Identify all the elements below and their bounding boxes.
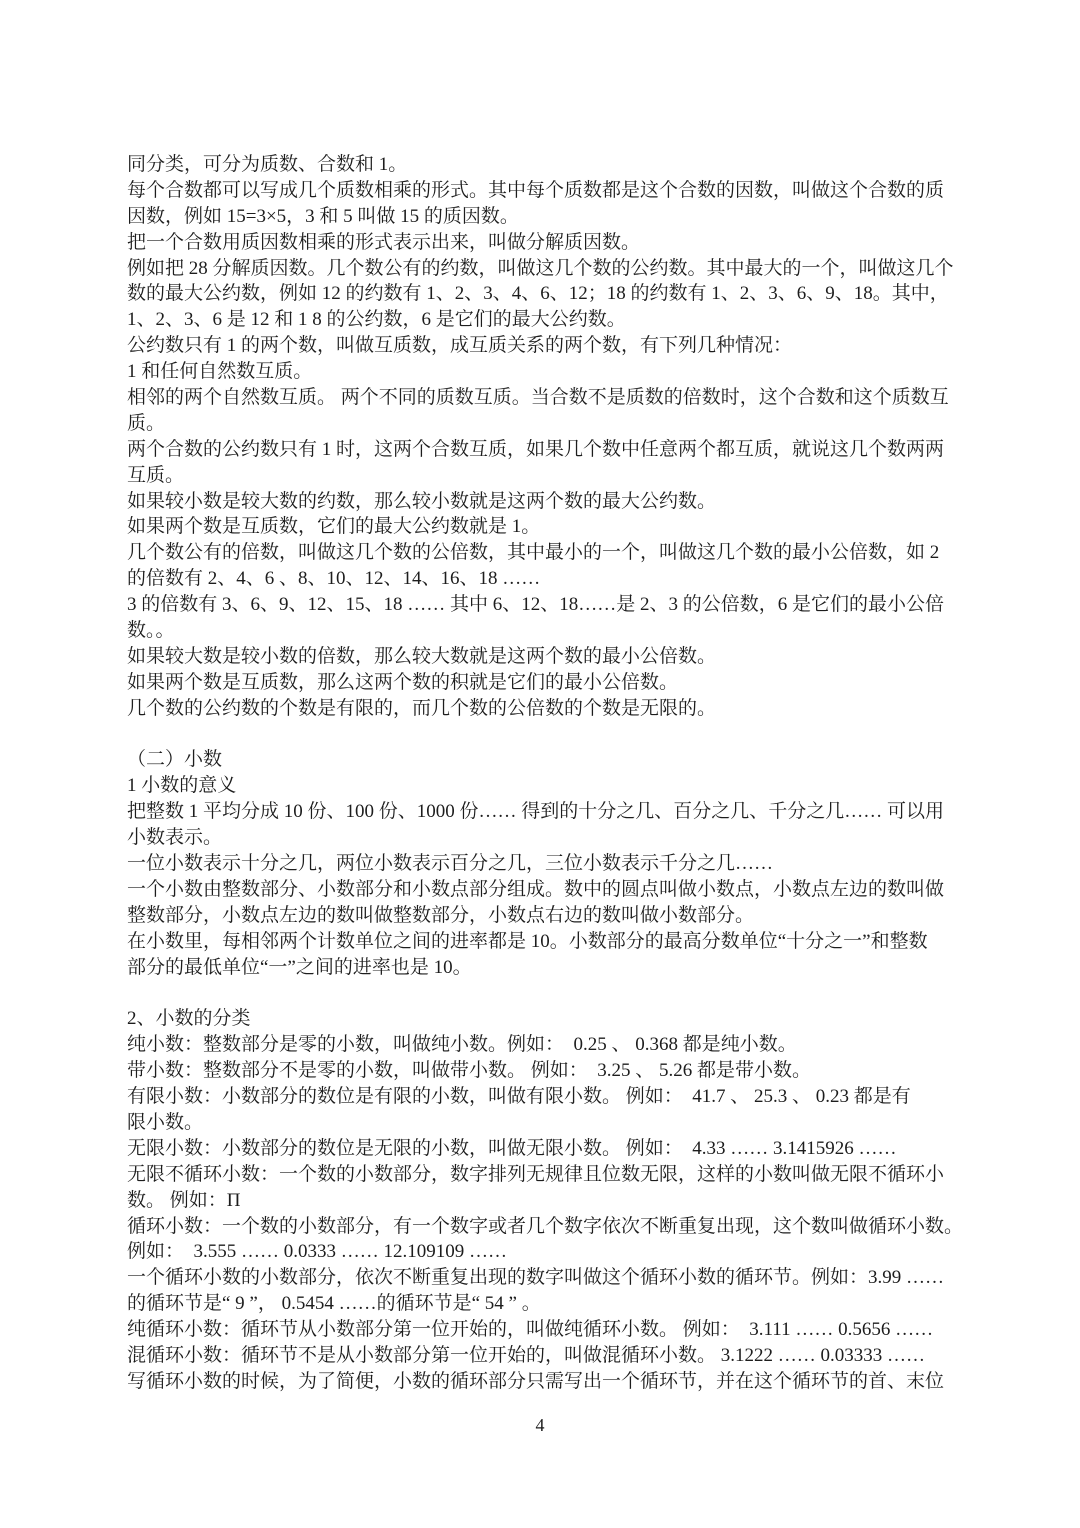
text-line: 例如： 3.555 …… 0.0333 …… 12.109109 …… xyxy=(127,1239,959,1265)
text-line: 有限小数：小数部分的数位是有限的小数，叫做有限小数。 例如： 41.7 、 25… xyxy=(127,1084,959,1110)
text-line: 整数部分，小数点左边的数叫做整数部分，小数点右边的数叫做小数部分。 xyxy=(127,903,959,929)
text-line: 数。 例如：Π xyxy=(127,1188,959,1214)
text-line: 相邻的两个自然数互质。 两个不同的质数互质。当合数不是质数的倍数时，这个合数和这… xyxy=(127,385,959,411)
text-line: 例如把 28 分解质因数。几个数公有的约数，叫做这几个数的公约数。其中最大的一个… xyxy=(127,256,959,282)
text-line: 1、2、3、6 是 12 和 1 8 的公约数，6 是它们的最大公约数。 xyxy=(127,307,959,333)
text-line: 因数，例如 15=3×5，3 和 5 叫做 15 的质因数。 xyxy=(127,204,959,230)
text-line: 一个循环小数的小数部分，依次不断重复出现的数字叫做这个循环小数的循环节。例如：3… xyxy=(127,1265,959,1291)
text-line: 同分类，可分为质数、合数和 1。 xyxy=(127,152,959,178)
text-line: 公约数只有 1 的两个数，叫做互质数，成互质关系的两个数，有下列几种情况： xyxy=(127,333,959,359)
text-block: 同分类，可分为质数、合数和 1。每个合数都可以写成几个质数相乘的形式。其中每个质… xyxy=(127,152,959,1395)
text-line: 混循环小数：循环节不是从小数部分第一位开始的，叫做混循环小数。 3.1222 …… xyxy=(127,1343,959,1369)
text-line: 1 小数的意义 xyxy=(127,773,959,799)
text-line: 带小数：整数部分不是零的小数，叫做带小数。 例如： 3.25 、 5.26 都是… xyxy=(127,1058,959,1084)
text-line: 数的最大公约数，例如 12 的约数有 1、2、3、4、6、12；18 的约数有 … xyxy=(127,281,959,307)
text-line: 如果两个数是互质数，它们的最大公约数就是 1。 xyxy=(127,514,959,540)
document-page: 同分类，可分为质数、合数和 1。每个合数都可以写成几个质数相乘的形式。其中每个质… xyxy=(0,0,1080,1528)
text-line: 一个小数由整数部分、小数部分和小数点部分组成。数中的圆点叫做小数点，小数点左边的… xyxy=(127,877,959,903)
text-line: 无限不循环小数：一个数的小数部分，数字排列无规律且位数无限，这样的小数叫做无限不… xyxy=(127,1162,959,1188)
text-line: 的倍数有 2、4、6 、8、10、12、14、16、18 …… xyxy=(127,566,959,592)
blank-line xyxy=(127,722,959,748)
text-line: 限小数。 xyxy=(127,1110,959,1136)
text-line: 循环小数：一个数的小数部分，有一个数字或者几个数字依次不断重复出现，这个数叫做循… xyxy=(127,1214,959,1240)
text-line: 把整数 1 平均分成 10 份、100 份、1000 份…… 得到的十分之几、百… xyxy=(127,799,959,825)
text-line: 每个合数都可以写成几个质数相乘的形式。其中每个质数都是这个合数的因数，叫做这个合… xyxy=(127,178,959,204)
page-number: 4 xyxy=(0,1412,1080,1438)
text-line: 把一个合数用质因数相乘的形式表示出来，叫做分解质因数。 xyxy=(127,230,959,256)
text-line: 数。。 xyxy=(127,618,959,644)
text-line: 纯循环小数：循环节从小数部分第一位开始的，叫做纯循环小数。 例如： 3.111 … xyxy=(127,1317,959,1343)
text-line: 2、小数的分类 xyxy=(127,1006,959,1032)
text-line: 在小数里，每相邻两个计数单位之间的进率都是 10。小数部分的最高分数单位“十分之… xyxy=(127,929,959,955)
text-line: 1 和任何自然数互质。 xyxy=(127,359,959,385)
text-line: 无限小数：小数部分的数位是无限的小数，叫做无限小数。 例如： 4.33 …… 3… xyxy=(127,1136,959,1162)
text-line: 如果较小数是较大数的约数，那么较小数就是这两个数的最大公约数。 xyxy=(127,489,959,515)
text-line: 的循环节是“ 9 ”， 0.5454 ……的循环节是“ 54 ” 。 xyxy=(127,1291,959,1317)
text-line: （二）小数 xyxy=(127,747,959,773)
text-line: 两个合数的公约数只有 1 时，这两个合数互质，如果几个数中任意两个都互质，就说这… xyxy=(127,437,959,463)
text-line: 小数表示。 xyxy=(127,825,959,851)
text-line: 写循环小数的时候，为了简便，小数的循环部分只需写出一个循环节，并在这个循环节的首… xyxy=(127,1369,959,1395)
text-line: 一位小数表示十分之几，两位小数表示百分之几，三位小数表示千分之几…… xyxy=(127,851,959,877)
text-line: 纯小数：整数部分是零的小数，叫做纯小数。例如： 0.25 、 0.368 都是纯… xyxy=(127,1032,959,1058)
text-line: 如果两个数是互质数，那么这两个数的积就是它们的最小公倍数。 xyxy=(127,670,959,696)
text-line: 互质。 xyxy=(127,463,959,489)
blank-line xyxy=(127,981,959,1007)
text-line: 3 的倍数有 3、6、9、12、15、18 …… 其中 6、12、18……是 2… xyxy=(127,592,959,618)
text-line: 几个数公有的倍数，叫做这几个数的公倍数，其中最小的一个，叫做这几个数的最小公倍数… xyxy=(127,540,959,566)
text-line: 如果较大数是较小数的倍数，那么较大数就是这两个数的最小公倍数。 xyxy=(127,644,959,670)
text-line: 质。 xyxy=(127,411,959,437)
text-line: 部分的最低单位“一”之间的进率也是 10。 xyxy=(127,955,959,981)
text-line: 几个数的公约数的个数是有限的，而几个数的公倍数的个数是无限的。 xyxy=(127,696,959,722)
